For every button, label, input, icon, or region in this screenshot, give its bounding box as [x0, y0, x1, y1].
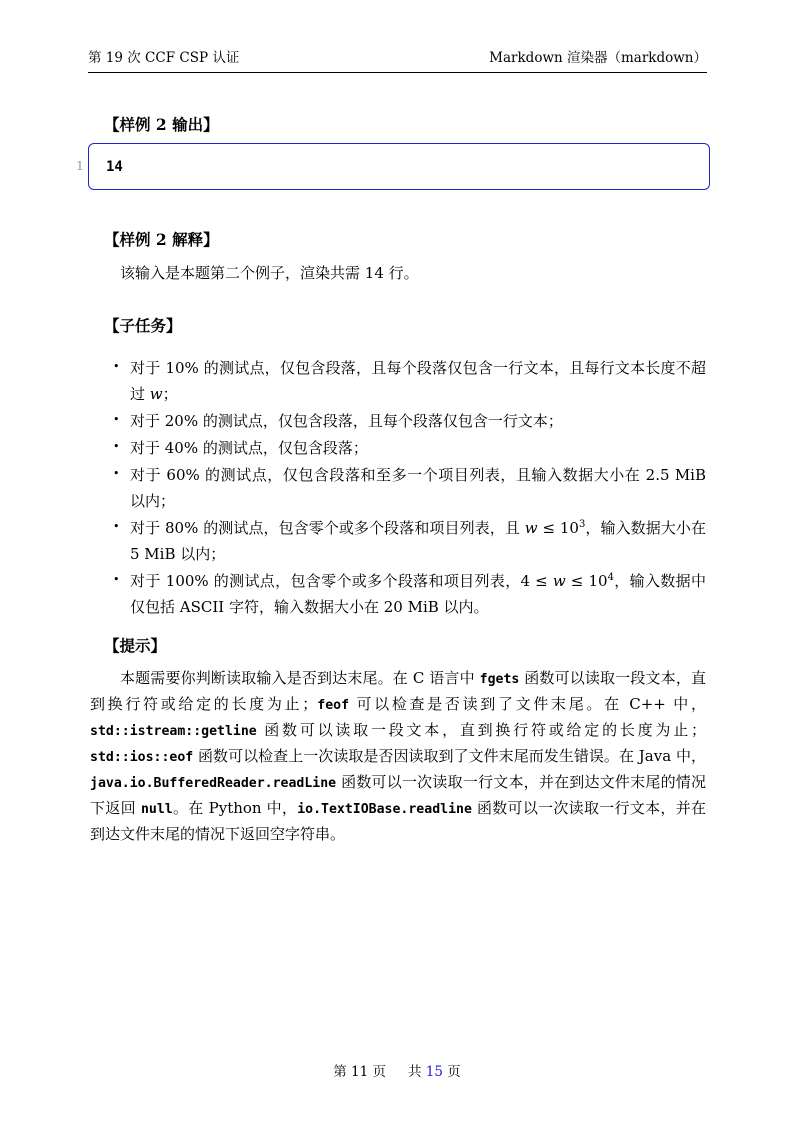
- text-segment: 对于 80% 的测试点，包含零个或多个段落和项目列表，且: [130, 519, 525, 537]
- footer-current-page: 第 11 页: [333, 1064, 386, 1080]
- footer-total-suffix: 页: [447, 1064, 461, 1080]
- subtask-text: 对于 80% 的测试点，包含零个或多个段落和项目列表，且 w ≤ 103，输入数…: [130, 519, 706, 563]
- header-contest-title: 第 19 次 CCF CSP 认证: [88, 50, 239, 66]
- subtask-item: • 对于 40% 的测试点，仅包含段落；: [90, 435, 706, 461]
- text-segment: 函数可以读取一段文本，直到换行符或给定的长度为止；: [257, 721, 706, 739]
- footer-total-prefix: 共: [408, 1064, 422, 1080]
- section-heading-sample2-explain: 【样例 2 解释】: [90, 230, 706, 250]
- bullet-icon: •: [113, 407, 120, 433]
- footer-total-pages: 共 15 页: [408, 1064, 461, 1080]
- text-segment: ；: [163, 385, 178, 403]
- total-pages-link[interactable]: 15: [426, 1064, 443, 1080]
- text-segment: 对于 100% 的测试点，包含零个或多个段落和项目列表，4 ≤: [130, 572, 553, 590]
- text-segment: 可以检查是否读到了文件末尾。在 C++ 中，: [349, 695, 706, 713]
- text-segment: 对于 40% 的测试点，仅包含段落；: [130, 439, 368, 457]
- code-segment: feof: [317, 698, 349, 713]
- bullet-icon: •: [113, 567, 120, 593]
- code-segment: std::istream::getline: [90, 724, 257, 739]
- subtask-item: • 对于 60% 的测试点，仅包含段落和至多一个项目列表，且输入数据大小在 2.…: [90, 462, 706, 514]
- math-segment: w: [150, 385, 163, 403]
- code-segment: java.io.BufferedReader.readLine: [90, 776, 336, 791]
- hint-paragraph: 本题需要你判断读取输入是否到达末尾。在 C 语言中 fgets 函数可以读取一段…: [90, 666, 706, 847]
- document-page: 第 19 次 CCF CSP 认证 Markdown 渲染器（markdown）…: [0, 0, 794, 1123]
- header-problem-title: Markdown 渲染器（markdown）: [489, 50, 707, 66]
- bullet-icon: •: [113, 354, 120, 380]
- subtask-item: • 对于 10% 的测试点，仅包含段落，且每个段落仅包含一行文本，且每行文本长度…: [90, 355, 706, 407]
- section-heading-subtasks: 【子任务】: [90, 316, 706, 336]
- section-heading-hint: 【提示】: [90, 636, 706, 656]
- subtask-text: 对于 40% 的测试点，仅包含段落；: [130, 439, 368, 457]
- math-segment: w: [553, 572, 566, 590]
- code-segment: io.TextIOBase.readline: [297, 802, 472, 817]
- code-line-number: 1: [72, 158, 84, 173]
- subtask-text: 对于 60% 的测试点，仅包含段落和至多一个项目列表，且输入数据大小在 2.5 …: [130, 466, 706, 510]
- bullet-icon: •: [113, 434, 120, 460]
- text-segment: ≤ 10: [538, 519, 579, 537]
- text-segment: 对于 10% 的测试点，仅包含段落，且每个段落仅包含一行文本，且每行文本长度不超…: [130, 359, 706, 403]
- bullet-icon: •: [113, 514, 120, 540]
- sample2-output-codebox: 14: [88, 143, 710, 190]
- running-header: 第 19 次 CCF CSP 认证 Markdown 渲染器（markdown）: [88, 50, 707, 73]
- subtask-item: • 对于 20% 的测试点，仅包含段落，且每个段落仅包含一行文本；: [90, 408, 706, 434]
- subtask-item: • 对于 80% 的测试点，包含零个或多个段落和项目列表，且 w ≤ 103，输…: [90, 515, 706, 567]
- subtask-text: 对于 10% 的测试点，仅包含段落，且每个段落仅包含一行文本，且每行文本长度不超…: [130, 359, 706, 403]
- text-segment: 本题需要你判断读取输入是否到达末尾。在 C 语言中: [120, 669, 480, 687]
- bullet-icon: •: [113, 461, 120, 487]
- text-segment: 对于 20% 的测试点，仅包含段落，且每个段落仅包含一行文本；: [130, 412, 563, 430]
- code-segment: null: [141, 802, 173, 817]
- sample2-output-code: 14: [106, 159, 123, 175]
- text-segment: 。在 Python 中，: [173, 799, 298, 817]
- subtask-list: • 对于 10% 的测试点，仅包含段落，且每个段落仅包含一行文本，且每行文本长度…: [90, 355, 706, 621]
- section-heading-sample2-output: 【样例 2 输出】: [90, 115, 706, 135]
- subtask-text: 对于 20% 的测试点，仅包含段落，且每个段落仅包含一行文本；: [130, 412, 563, 430]
- math-segment: w: [525, 519, 538, 537]
- text-segment: 函数可以检查上一次读取是否因读取到了文件末尾而发生错误。在 Java 中，: [193, 747, 706, 765]
- text-segment: 对于 60% 的测试点，仅包含段落和至多一个项目列表，且输入数据大小在 2.5 …: [130, 466, 706, 510]
- subtask-item: • 对于 100% 的测试点，包含零个或多个段落和项目列表，4 ≤ w ≤ 10…: [90, 568, 706, 620]
- code-segment: fgets: [480, 672, 520, 687]
- text-segment: ≤ 10: [566, 572, 608, 590]
- sample2-output-block: 1 14: [88, 143, 710, 190]
- code-segment: std::ios::eof: [90, 750, 193, 765]
- page-footer: 第 11 页共 15 页: [0, 1060, 794, 1080]
- subtask-text: 对于 100% 的测试点，包含零个或多个段落和项目列表，4 ≤ w ≤ 104，…: [130, 572, 706, 616]
- sample2-explain-paragraph: 该输入是本题第二个例子，渲染共需 14 行。: [90, 261, 706, 286]
